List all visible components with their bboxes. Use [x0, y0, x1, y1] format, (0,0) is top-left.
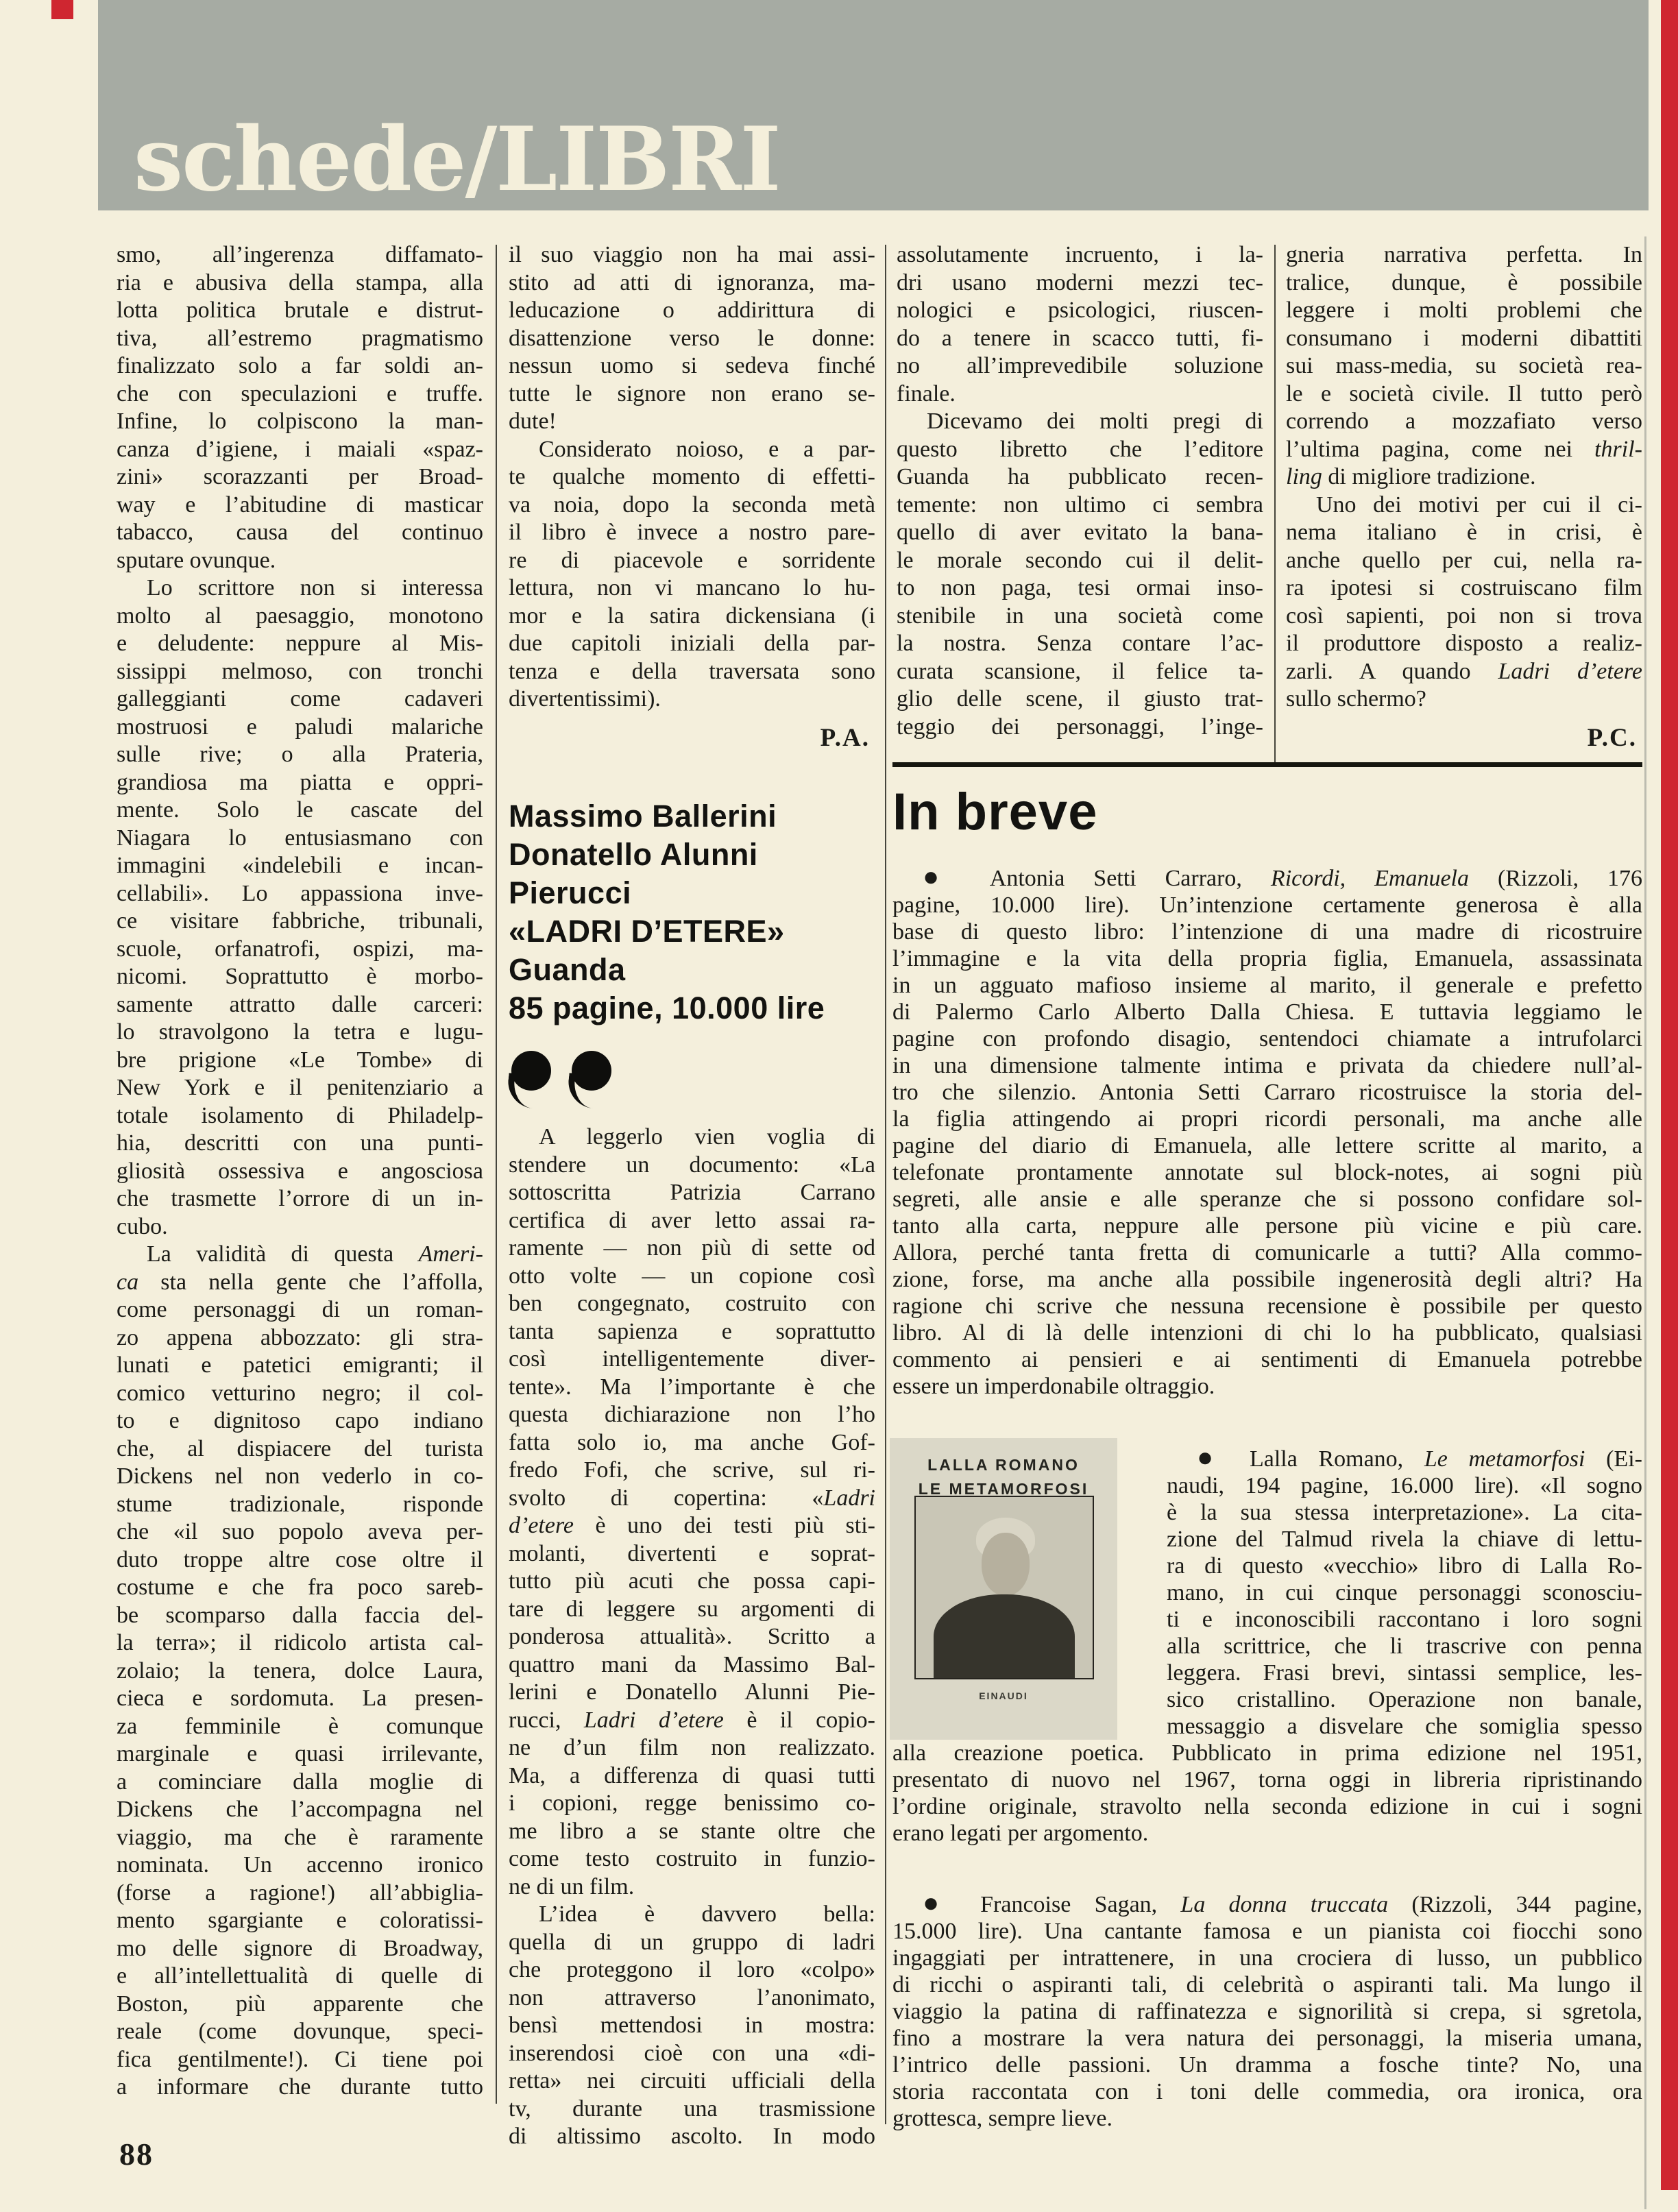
text-line: zo appena abbozzato: gli stra- — [117, 1324, 483, 1352]
text-line: lo stravolgono la tetra e lugu- — [117, 1019, 483, 1047]
text-line: commento ai pensieri e ai sentimenti di … — [892, 1346, 1642, 1373]
text-line: nominata. Un accenno ironico — [117, 1851, 483, 1880]
text-line: mente. Solo le cascate del — [117, 797, 483, 825]
text-line: storia raccontata con i toni delle comme… — [892, 2078, 1642, 2105]
text-line: erano legati per argomento. — [892, 1820, 1642, 1847]
text-line: te qualche momento di effetti- — [509, 463, 875, 491]
text-line: tente». Ma l’importante è che — [509, 1374, 875, 1402]
text-line: ben congegnato, costruito con — [509, 1290, 875, 1318]
cover-publisher: EINAUDI — [890, 1690, 1117, 1701]
text-line: be scomparso dalla faccia del- — [117, 1602, 483, 1630]
text-line: sui mass-media, su società rea- — [1286, 352, 1642, 380]
text-line: la nostra. Senza contare l’ac- — [897, 630, 1263, 658]
text-line: ponderosa attualità». Scritto a — [509, 1623, 875, 1651]
text-line: leducazione o addirittura di — [509, 297, 875, 325]
text-line: inserendosi cioè con una «di- — [509, 2040, 875, 2068]
text-line: libro. Al di là delle intenzioni di chi … — [892, 1320, 1642, 1346]
text-line: base di questo libro: l’intenzione di un… — [892, 919, 1642, 945]
text-line: segreti, alle ansie e alle speranze che … — [892, 1186, 1642, 1213]
column-2-text-bottom: A leggerlo vien voglia distendere un doc… — [509, 1123, 875, 2151]
in-breve-title: In breve — [892, 786, 1642, 838]
text-line: in un agguato mafioso insieme al marito,… — [892, 972, 1642, 999]
text-line: mor e la satira dickensiana (i — [509, 603, 875, 631]
column-4-text: gneria narrativa perfetta. Intralice, du… — [1286, 241, 1642, 714]
text-line: molanti, divertenti e soprat- — [509, 1540, 875, 1568]
paragraph: Lo scrittore non si interessamolto al pa… — [117, 574, 483, 1241]
text-line: zione del Talmud rivela la chiave di let… — [1167, 1526, 1642, 1553]
text-line: e all’intellettualità di quelle di — [117, 1962, 483, 1991]
column-rule — [1274, 245, 1276, 767]
text-line: grottesca, sempre lieve. — [892, 2105, 1642, 2132]
author-signature: P.A. — [509, 725, 875, 753]
text-line: lerini e Donatello Alunni Pie- — [509, 1679, 875, 1707]
text-line: molto al paesaggio, monotono — [117, 603, 483, 631]
quote-mark-icon — [511, 1051, 551, 1091]
text-line: temente: non ultimo ci sembra — [897, 491, 1263, 520]
text-line: cieca e sordomuta. La presen- — [117, 1685, 483, 1713]
column-1-text: smo, all’ingerenza diffamato-ria e abusi… — [117, 241, 483, 2102]
text-line: tutto più acuti che possa capi- — [509, 1568, 875, 1596]
paragraph: alla creazione poetica. Pubblicato in pr… — [892, 1740, 1642, 1847]
text-line: mostruosi e paludi malariche — [117, 714, 483, 742]
text-line: stito ad atti di ignoranza, ma- — [509, 269, 875, 297]
text-line: sputare ovunque. — [117, 547, 483, 575]
text-line: è la sua stessa interpretazione». La cit… — [1167, 1499, 1642, 1526]
text-line: costume e che fra poco sareb- — [117, 1574, 483, 1602]
text-line: immagini «indelebili e incan- — [117, 852, 483, 880]
text-line: che con speculazioni e truffe. — [117, 380, 483, 409]
column-1: smo, all’ingerenza diffamato-ria e abusi… — [117, 241, 483, 2102]
text-line: Dickens nel non vederlo in co- — [117, 1463, 483, 1491]
cover-photo — [914, 1496, 1094, 1679]
book-heading: Massimo BalleriniDonatello AlunniPierucc… — [509, 797, 875, 1028]
text-line: La validità di questa Ameri- — [117, 1241, 483, 1269]
text-line: gliosità ossessiva e angosciosa — [117, 1158, 483, 1186]
text-line: ● Lalla Romano, Le metamorfosi (Ei- — [1167, 1444, 1642, 1472]
paragraph: ● Lalla Romano, Le metamorfosi (Ei-naudi… — [1167, 1444, 1642, 1740]
text-line: anche quello per cui, nella ra- — [1286, 547, 1642, 575]
text-line: questa dichiarazione non l’ho — [509, 1401, 875, 1429]
text-line: sottoscritta Patrizia Carrano — [509, 1179, 875, 1207]
column-2: il suo viaggio non ha mai assi-stito ad … — [509, 241, 875, 2151]
quote-mark-icon — [572, 1051, 611, 1091]
text-line: certifica di aver letto assai ra- — [509, 1207, 875, 1235]
text-line: naudi, 194 pagine, 16.000 lire). «Il sog… — [1167, 1472, 1642, 1499]
text-line: ra ipotesi si costruiscano film — [1286, 574, 1642, 603]
text-line: Niagara lo entusiasmano con — [117, 825, 483, 853]
heading-line: «LADRI D’ETERE» — [509, 912, 875, 951]
text-line: così sapienti, poi non si trova — [1286, 603, 1642, 631]
text-line: lunati e patetici emigranti; il — [117, 1352, 483, 1380]
paragraph: smo, all’ingerenza diffamato-ria e abusi… — [117, 241, 483, 574]
text-line: pagine, 10.000 lire). Un’intenzione cert… — [892, 892, 1642, 919]
text-line: ragione chi scrive che nessuna recension… — [892, 1293, 1642, 1320]
text-line: a informare che durante tutto — [117, 2074, 483, 2102]
text-line: lotta politica brutale e distrut- — [117, 297, 483, 325]
text-line: come testo costruito in funzio- — [509, 1845, 875, 1873]
text-line: ramente — non più di sette od — [509, 1235, 875, 1263]
text-line: sico cristallino. Operazione non banale, — [1167, 1686, 1642, 1713]
text-line: tralice, dunque, è possibile — [1286, 269, 1642, 297]
book-cover: LALLA ROMANO LE METAMORFOSI EINAUDI — [890, 1438, 1117, 1740]
text-line: zione, forse, ma anche alla possibile in… — [892, 1266, 1642, 1293]
text-line: le e società civile. Il tutto però — [1286, 380, 1642, 409]
text-line: (forse a ragione!) all’abbiglia- — [117, 1880, 483, 1908]
text-line: a cominciare dalla moglie di — [117, 1769, 483, 1797]
heading-line: Pierucci — [509, 874, 875, 912]
text-line: tanto alla carta, neppure alle persone p… — [892, 1213, 1642, 1239]
paragraph: Uno dei motivi per cui il ci-nema italia… — [1286, 491, 1642, 714]
text-line: sulle rive; o alla Prateria, — [117, 741, 483, 769]
text-line: finale. — [897, 380, 1263, 409]
text-line: correndo a mozzafiato verso — [1286, 408, 1642, 436]
text-line: zolaio; la tenera, dolce Laura, — [117, 1657, 483, 1686]
text-line: do a tenere in scacco tutti, fi- — [897, 325, 1263, 353]
text-line: le morale secondo cui il delit- — [897, 547, 1263, 575]
text-line: dri usano moderni mezzi tec- — [897, 269, 1263, 297]
text-line: comico vetturino negro; il col- — [117, 1380, 483, 1408]
text-line: che proteggono il loro «colpo» — [509, 1956, 875, 1984]
text-line: stendere un documento: «La — [509, 1152, 875, 1180]
text-line: leggera. Frasi brevi, sintassi semplice,… — [1167, 1660, 1642, 1686]
text-line: 15.000 lire). Una cantante famosa e un p… — [892, 1918, 1642, 1945]
bullet-icon: ● — [1197, 1442, 1228, 1472]
text-line: Allora, perché tanta fretta di comunicar… — [892, 1239, 1642, 1266]
page-number: 88 — [119, 2136, 154, 2172]
text-line: Boston, più apparente che — [117, 1991, 483, 2019]
text-line: sissippi melmoso, con tronchi — [117, 658, 483, 686]
text-line: mento sgargiante e coloratissi- — [117, 1907, 483, 1935]
text-line: zini» scorazzanti per Broad- — [117, 463, 483, 491]
text-line: Uno dei motivi per cui il ci- — [1286, 491, 1642, 520]
text-line: ca sta nella gente che l’affolla, — [117, 1269, 483, 1297]
text-line: va noia, dopo la seconda metà — [509, 491, 875, 520]
text-line: ingaggiati per intrattenere, in una croc… — [892, 1945, 1642, 1971]
paragraph: Dicevamo dei molti pregi diquesto libret… — [897, 408, 1263, 741]
bullet-icon: ● — [923, 1887, 957, 1918]
paragraph: L’idea è davvero bella:quella di un grup… — [509, 1901, 875, 2151]
text-line: samente attratto dalle carceri: — [117, 991, 483, 1019]
text-line: che, al dispiacere del turista — [117, 1435, 483, 1463]
text-line: tutte le signore non erano se- — [509, 380, 875, 409]
text-line: za femminile è comunque — [117, 1713, 483, 1741]
text-line: l’ordine originale, stravolto nella seco… — [892, 1793, 1642, 1820]
text-line: Dickens che l’accompagna nel — [117, 1796, 483, 1824]
text-line: quattro mani da Massimo Bal- — [509, 1651, 875, 1679]
text-line: canza d’igiene, i maiali «spaz- — [117, 436, 483, 464]
text-line: A leggerlo vien voglia di — [509, 1123, 875, 1152]
text-line: la figlia attingendo ai propri ricordi p… — [892, 1106, 1642, 1132]
text-line: di altissimo ascolto. In modo — [509, 2123, 875, 2151]
text-line: stenibile in una società come — [897, 603, 1263, 631]
text-line: essere un imperdonabile oltraggio. — [892, 1373, 1642, 1400]
text-line: scuole, orfanatrofi, ospizi, ma- — [117, 936, 483, 964]
text-line: pagine del diario di Emanuela, alle lett… — [892, 1132, 1642, 1159]
text-line: l’ultima pagina, come nei thril- — [1286, 436, 1642, 464]
column-4: gneria narrativa perfetta. Intralice, du… — [1286, 241, 1642, 752]
magazine-page: schede/LIBRI smo, all’ingerenza diffamat… — [0, 0, 1678, 2212]
text-line: stume tradizionale, risponde — [117, 1491, 483, 1519]
paragraph: A leggerlo vien voglia distendere un doc… — [509, 1123, 875, 1901]
masthead-title: schede/LIBRI — [134, 116, 780, 204]
text-line: duto troppe altre cose oltre il — [117, 1546, 483, 1575]
text-line: tro che silenzio. Antonia Setti Carraro … — [892, 1079, 1642, 1106]
text-line: tare di leggere su argomenti di — [509, 1596, 875, 1624]
text-line: due capitoli iniziali della par- — [509, 630, 875, 658]
text-line: ce visitare fabbriche, tribunali, — [117, 908, 483, 936]
text-line: così intelligentemente diver- — [509, 1346, 875, 1374]
text-line: gneria narrativa perfetta. In — [1286, 241, 1642, 269]
text-line: New York e il penitenziario a — [117, 1074, 483, 1102]
text-line: Dicevamo dei molti pregi di — [897, 408, 1263, 436]
text-line: d’etere è uno dei testi più sti- — [509, 1512, 875, 1540]
text-line: svolto di copertina: «Ladri — [509, 1485, 875, 1513]
bullet-icon: ● — [923, 861, 962, 892]
text-line: fatta solo io, ma anche Gof- — [509, 1429, 875, 1457]
text-line: ● Francoise Sagan, La donna truccata (Ri… — [892, 1889, 1642, 1918]
text-line: viaggio la patina di raffinatezza e sign… — [892, 1998, 1642, 2025]
text-line: e deludente: neppure al Mis- — [117, 630, 483, 658]
text-line: ● Antonia Setti Carraro, Ricordi, Emanue… — [892, 863, 1642, 892]
paragraph: il suo viaggio non ha mai assi-stito ad … — [509, 241, 875, 436]
text-line: tabacco, causa del continuo — [117, 519, 483, 547]
text-line: il suo viaggio non ha mai assi- — [509, 241, 875, 269]
text-line: fica gentilmente!). Ci tiene poi — [117, 2046, 483, 2074]
text-line: otto volte — un copione così — [509, 1263, 875, 1291]
red-section-tab — [51, 0, 73, 19]
text-line: to non paga, tesi ormai inso- — [897, 574, 1263, 603]
portrait-torso — [934, 1594, 1075, 1679]
text-line: consumano i moderni dibattiti — [1286, 325, 1642, 353]
paragraph: ● Antonia Setti Carraro, Ricordi, Emanue… — [892, 863, 1642, 1400]
column-rule — [496, 245, 497, 2104]
text-line: retta» nei circuiti ufficiali della — [509, 2067, 875, 2095]
text-line: cubo. — [117, 1213, 483, 1241]
text-line: smo, all’ingerenza diffamato- — [117, 241, 483, 269]
text-line: hia, descritti con una punti- — [117, 1130, 483, 1158]
text-line: fredo Fofi, che scrive, sul ri- — [509, 1457, 875, 1485]
author-signature: P.C. — [1286, 725, 1642, 753]
paragraph: assolutamente incruento, i la-dri usano … — [897, 241, 1263, 408]
text-line: ria e abusiva della stampa, alla — [117, 269, 483, 297]
paragraph: ● Francoise Sagan, La donna truccata (Ri… — [892, 1889, 1642, 2132]
column-3: assolutamente incruento, i la-dri usano … — [897, 241, 1263, 741]
text-line: come personaggi di un roman- — [117, 1296, 483, 1324]
page-fold-line — [1644, 236, 1646, 2209]
text-line: way e l’abitudine di masticar — [117, 491, 483, 520]
text-line: nicomi. Soprattutto è morbo- — [117, 963, 483, 991]
text-line: la terra»; il ridicolo artista cal- — [117, 1629, 483, 1657]
text-line: bre prigione «Le Tombe» di — [117, 1047, 483, 1075]
heading-line: 85 pagine, 10.000 lire — [509, 989, 875, 1028]
text-line: teggio dei personaggi, l’inge- — [897, 714, 1263, 742]
text-line: ne d’un film non realizzato. — [509, 1734, 875, 1762]
text-line: dute! — [509, 408, 875, 436]
section-divider-rule — [892, 762, 1642, 767]
text-line: nema italiano è in crisi, è — [1286, 519, 1642, 547]
text-line: fino a mostrare la vera natura dei perso… — [892, 2025, 1642, 2052]
text-line: Guanda ha pubblicato recen- — [897, 463, 1263, 491]
text-line: di Palermo Carlo Alberto Dalla Chiesa. E… — [892, 999, 1642, 1025]
text-line: non attraverso l’anonimato, — [509, 1984, 875, 2013]
text-line: galleggianti come cadaveri — [117, 685, 483, 714]
paragraph: Considerato noioso, e a par-te qualche m… — [509, 436, 875, 714]
text-line: L’idea è davvero bella: — [509, 1901, 875, 1929]
text-line: Lo scrittore non si interessa — [117, 574, 483, 603]
text-line: mano, in cui cinque personaggi sconosciu… — [1167, 1579, 1642, 1606]
text-line: ne di un film. — [509, 1873, 875, 1901]
text-line: mo delle signore di Broadway, — [117, 1935, 483, 1963]
text-line: di ricchi o aspiranti tali, di celebrità… — [892, 1971, 1642, 1998]
text-line: messaggio a disvelare che somiglia spess… — [1167, 1713, 1642, 1740]
text-line: alla scrittrice, che li trascrive con pe… — [1167, 1633, 1642, 1660]
text-line: rucci, Ladri d’etere è il copio- — [509, 1707, 875, 1735]
text-line: re di piacevole e sorridente — [509, 547, 875, 575]
text-line: tenza e della traversata sono — [509, 658, 875, 686]
quote-icon — [509, 1051, 875, 1123]
text-line: pagine con profondo disagio, sentendoci … — [892, 1025, 1642, 1052]
text-line: ling di migliore tradizione. — [1286, 463, 1642, 491]
column-2-text-top: il suo viaggio non ha mai assi-stito ad … — [509, 241, 875, 714]
text-line: sullo schermo? — [1286, 685, 1642, 714]
text-line: curata scansione, il felice ta- — [897, 658, 1263, 686]
heading-line: Massimo Ballerini — [509, 797, 875, 836]
text-line: tanta sapienza e soprattutto — [509, 1318, 875, 1346]
text-line: disattenzione verso le donne: — [509, 325, 875, 353]
paragraph: La validità di questa Ameri-ca sta nella… — [117, 1241, 483, 2102]
text-line: ra di questo «vecchio» libro di Lalla Ro… — [1167, 1553, 1642, 1579]
text-line: i copioni, regge benissimo co- — [509, 1790, 875, 1818]
portrait-face — [982, 1533, 1030, 1596]
heading-line: Donatello Alunni — [509, 836, 875, 874]
text-line: finalizzato solo a far soldi an- — [117, 352, 483, 380]
text-line: il libro è invece a nostro pare- — [509, 519, 875, 547]
text-line: l’immagine e la vita della propria figli… — [892, 945, 1642, 972]
text-line: divertentissimi). — [509, 685, 875, 714]
text-line: che trasmette l’orrore di un in- — [117, 1185, 483, 1213]
text-line: alla creazione poetica. Pubblicato in pr… — [892, 1740, 1642, 1766]
text-line: marginale e quasi irrilevante, — [117, 1740, 483, 1769]
text-line: quella di un gruppo di ladri — [509, 1929, 875, 1957]
text-line: lettura, non vi mancano lo hu- — [509, 574, 875, 603]
text-line: glio delle scene, il giusto trat- — [897, 685, 1263, 714]
text-line: reale (come dovunque, speci- — [117, 2018, 483, 2046]
text-line: telefonate prontamente annotate sul bloc… — [892, 1159, 1642, 1186]
text-line: quello di aver evitato la bana- — [897, 519, 1263, 547]
red-page-edge-bar — [1661, 0, 1678, 2190]
text-line: Considerato noioso, e a par- — [509, 436, 875, 464]
text-line: assolutamente incruento, i la- — [897, 241, 1263, 269]
text-line: grandiosa ma piatta e oppri- — [117, 769, 483, 797]
text-line: il produttore disposto a realiz- — [1286, 630, 1642, 658]
masthead: schede/LIBRI — [98, 0, 1649, 210]
text-line: tiva, all’estremo pragmatismo — [117, 325, 483, 353]
text-line: nologici e psicologici, riuscen- — [897, 297, 1263, 325]
text-line: tv, durante una trasmissione — [509, 2095, 875, 2124]
column-3-text: assolutamente incruento, i la-dri usano … — [897, 241, 1263, 741]
text-line: bensì mettendosi in mostra: — [509, 2012, 875, 2040]
text-line: cellabili». Lo appassiona inve- — [117, 880, 483, 908]
text-line: viaggio, ma che è raramente — [117, 1824, 483, 1852]
text-line: che «il suo popolo aveva per- — [117, 1518, 483, 1546]
text-line: to e dignitoso capo indiano — [117, 1407, 483, 1435]
text-line: no all’imprevedibile soluzione — [897, 352, 1263, 380]
column-rule — [885, 245, 886, 2124]
text-line: leggere i molti problemi che — [1286, 297, 1642, 325]
paragraph: gneria narrativa perfetta. Intralice, du… — [1286, 241, 1642, 491]
text-line: presentato di nuovo nel 1967, torna oggi… — [892, 1766, 1642, 1793]
text-line: totale isolamento di Philadelp- — [117, 1102, 483, 1130]
text-line: zarli. A quando Ladri d’etere — [1286, 658, 1642, 686]
text-line: in una dimensione talmente intima e priv… — [892, 1052, 1642, 1079]
text-line: questo libretto che l’editore — [897, 436, 1263, 464]
text-line: me libro a se stante oltre che — [509, 1818, 875, 1846]
text-line: nessun uomo si sedeva finché — [509, 352, 875, 380]
text-line: ti e inconoscibili raccontano i loro sog… — [1167, 1606, 1642, 1633]
text-line: Infine, lo colpiscono la man- — [117, 408, 483, 436]
text-line: Ma, a differenza di quasi tutti — [509, 1762, 875, 1790]
cover-author: LALLA ROMANO — [890, 1456, 1117, 1474]
heading-line: Guanda — [509, 951, 875, 989]
text-line: l’intrico delle passioni. Un dramma a fo… — [892, 2052, 1642, 2078]
